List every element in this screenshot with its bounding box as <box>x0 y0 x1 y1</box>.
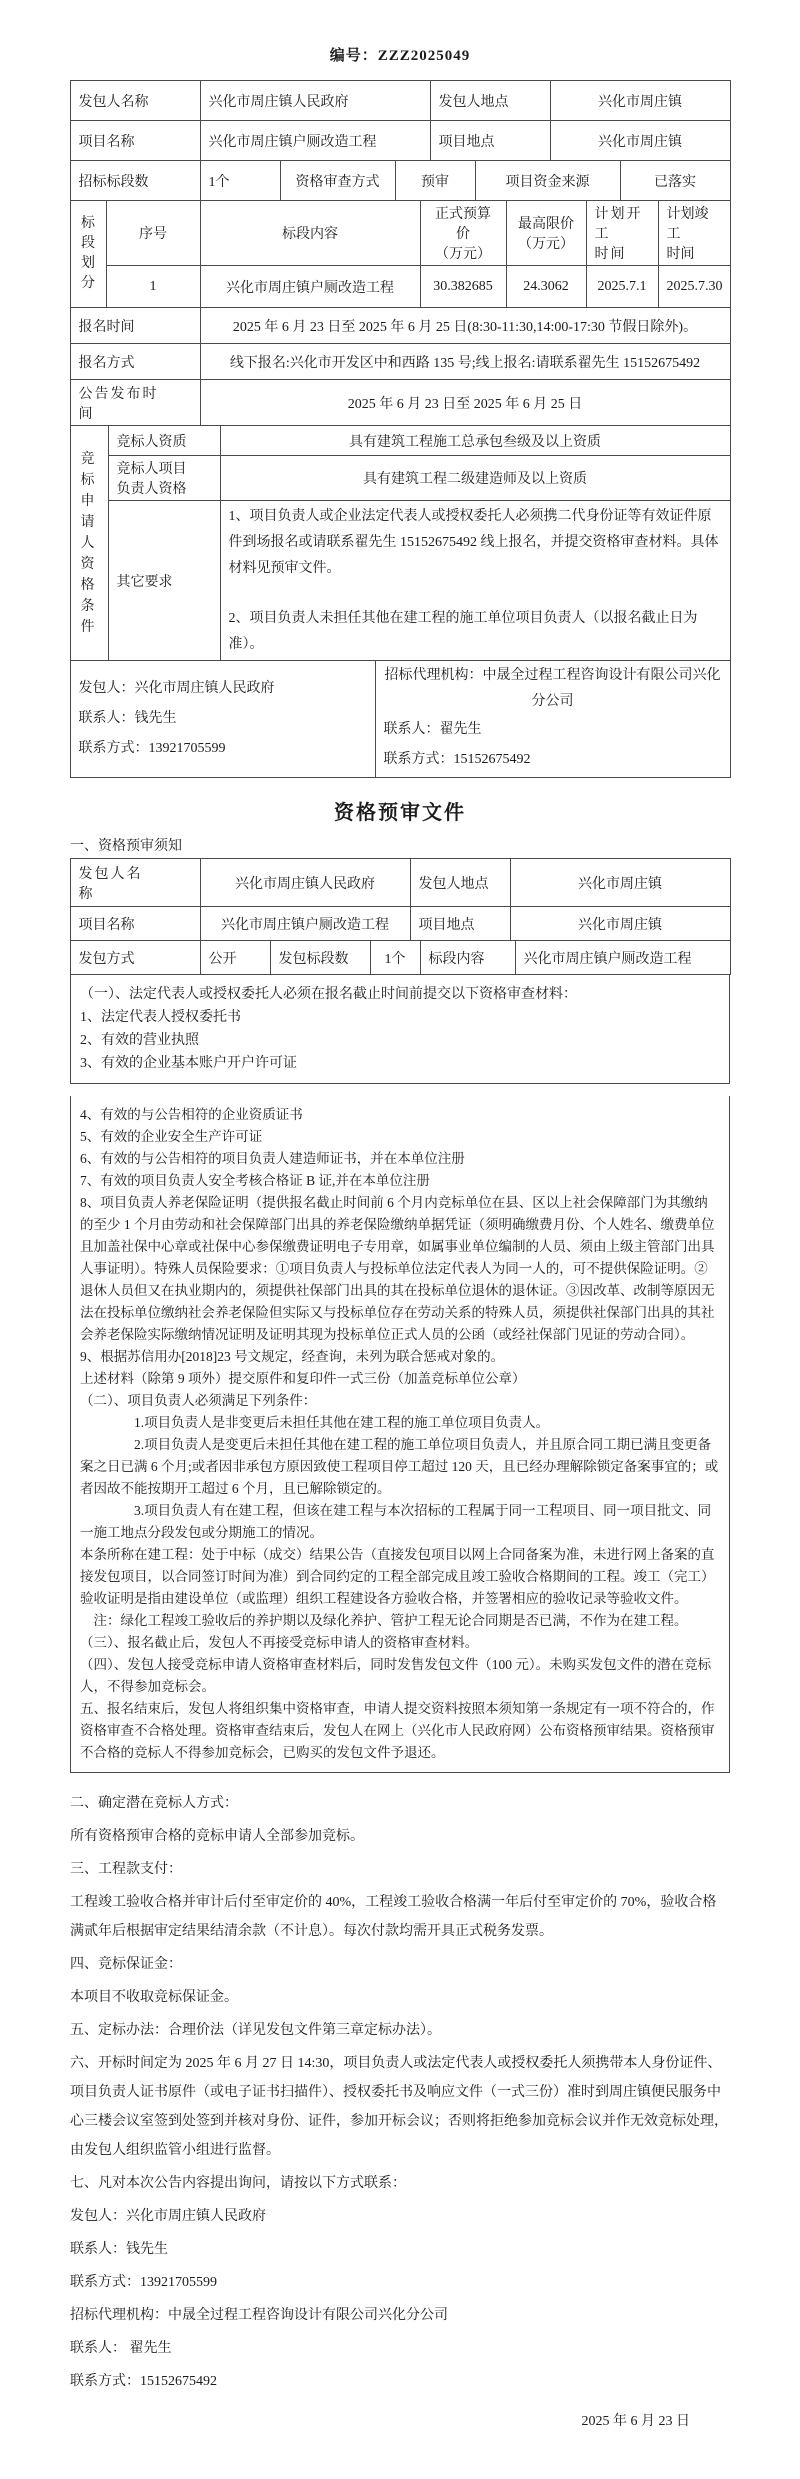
notice-line: 9、根据苏信用办[2018]23 号文规定，经查询，未列为联合惩戒对象的。 <box>80 1346 720 1368</box>
fund-source-value: 已落实 <box>620 161 730 201</box>
notice-line: 五、报名结束后，发包人将组织集中资格审查，申请人提交资料按照本须知第一条规定有一… <box>80 1698 720 1764</box>
sections-count-label: 招标标段数 <box>70 161 200 201</box>
notice-paragraph: 招标代理机构：中晟全过程工程咨询设计有限公司兴化分公司 <box>70 2301 730 2330</box>
price-cap-header: 最高限价 （万元） <box>506 201 586 266</box>
notice-paragraph: 四、竞标保证金： <box>70 1950 730 1979</box>
notice-line: 1.项目负责人是非变更后未担任其他在建工程的施工单位项目负责人。 <box>80 1412 720 1434</box>
project-name-value: 兴化市周庄镇户厕改造工程 <box>200 907 410 941</box>
notice-line: 上述材料（除第 9 项外）提交原件和复印件一式三份（加盖竞标单位公章） <box>80 1368 720 1390</box>
section-budget: 30.382685 <box>420 266 506 308</box>
project-name-value: 兴化市周庄镇户厕改造工程 <box>200 121 430 161</box>
announce-time-label: 公告发布时 间 <box>70 380 200 426</box>
table-row: 竞标人项目 负责人资格 具有建筑工程二级建造师及以上资质 <box>70 456 730 501</box>
qualification-notice-box: 4、有效的与公告相符的企业资质证书5、有效的企业安全生产许可证6、有效的与公告相… <box>70 1096 730 1773</box>
section-content-header: 标段内容 <box>200 201 420 266</box>
notice-line: 注：绿化工程竣工验收后的养护期以及绿化养护、管护工程无论合同期是否已满，不作为在… <box>80 1610 720 1632</box>
table-row: 其它要求 1、项目负责人或企业法定代表人或授权委托人必须携二代身份证等有效证件原… <box>70 501 730 661</box>
table-row: 竞标 申请 人资 格条 件 竞标人资质 具有建筑工程施工总承包叁级及以上资质 <box>70 426 730 456</box>
section-finish-date: 2025.7.30 <box>658 266 730 308</box>
contact-line: 联系方式：15152675492 <box>384 745 722 775</box>
employer-location-value: 兴化市周庄镇 <box>550 81 730 121</box>
contact-line: 发包人：兴化市周庄镇人民政府 <box>79 674 367 704</box>
announcement-table-meta: 招标标段数 1个 资格审查方式 预审 项目资金来源 已落实 <box>70 160 731 201</box>
section-seq: 1 <box>106 266 200 308</box>
bidder-qualification-label: 竞标人资质 <box>108 426 220 456</box>
notice-line: （一）、法定代表人或授权委托人必须在报名截止时间前提交以下资格审查材料： <box>80 983 720 1006</box>
requirement-item: 1、项目负责人或企业法定代表人或授权委托人必须携二代身份证等有效证件原件到场报名… <box>229 504 722 582</box>
sections-count-value: 1个 <box>200 161 280 201</box>
announcement-table-sections: 标 段 划 分 序号 标段内容 正式预算价 （万元） 最高限价 （万元） 计划开… <box>70 200 731 308</box>
notice-line: 1、法定代表人授权委托书 <box>80 1006 720 1029</box>
project-location-value: 兴化市周庄镇 <box>550 121 730 161</box>
requirement-item: 2、项目负责人未担任其他在建工程的施工单位项目负责人（以报名截止日为准）。 <box>229 606 722 658</box>
signup-way-value: 线下报名:兴化市开发区中和西路 135 号;线上报名:请联系翟先生 151526… <box>200 344 730 380</box>
notice-paragraph: 二、确定潜在竞标人方式： <box>70 1789 730 1818</box>
section1-heading: 一、资格预审须知 <box>70 835 730 855</box>
notice-line: （四）、发包人接受竞标申请人资格审查材料后，同时发售发包文件（100 元）。未购… <box>80 1654 720 1698</box>
table-row: 标 段 划 分 序号 标段内容 正式预算价 （万元） 最高限价 （万元） 计划开… <box>70 201 730 266</box>
review-method-label: 资格审查方式 <box>280 161 395 201</box>
seq-header: 序号 <box>106 201 200 266</box>
signup-way-label: 报名方式 <box>70 344 200 380</box>
employer-location-label: 发包人地点 <box>430 81 550 121</box>
signup-time-value: 2025 年 6 月 23 日至 2025 年 6 月 25 日(8:30-11… <box>200 308 730 344</box>
notice-line: 3、有效的企业基本账户开户许可证 <box>80 1052 720 1075</box>
review-method-value: 预审 <box>395 161 475 201</box>
plan-finish-header: 计划竣工 时间 <box>658 201 730 266</box>
section-start-date: 2025.7.1 <box>586 266 658 308</box>
budget-header: 正式预算价 （万元） <box>420 201 506 266</box>
notice-paragraph: 七、凡对本次公告内容提出询问，请按以下方式联系： <box>70 2169 730 2198</box>
other-requirements-label: 其它要求 <box>108 501 220 661</box>
table-row: 发包人名 称 兴化市周庄镇人民政府 发包人地点 兴化市周庄镇 <box>70 859 730 907</box>
table-row: 发包人名称 兴化市周庄镇人民政府 发包人地点 兴化市周庄镇 <box>70 81 730 121</box>
notice-paragraph: 工程竣工验收合格并审计后付至审定价的 40%，工程竣工验收合格满一年后付至审定价… <box>70 1888 730 1946</box>
contract-way-label: 发包方式 <box>70 941 200 975</box>
notice-line: 4、有效的与公告相符的企业资质证书 <box>80 1104 720 1126</box>
section-content: 兴化市周庄镇户厕改造工程 <box>200 266 420 308</box>
employer-location-label: 发包人地点 <box>410 859 510 907</box>
project-location-label: 项目地点 <box>430 121 550 161</box>
notice-line: 8、项目负责人养老保险证明（提供报名截止时间前 6 个月内竞标单位在县、区以上社… <box>80 1192 720 1346</box>
notice-paragraph: 联系方式：15152675492 <box>70 2367 730 2396</box>
other-requirements-list: 1、项目负责人或企业法定代表人或授权委托人必须携二代身份证等有效证件原件到场报名… <box>220 501 730 661</box>
prequalification-info-table-row3: 发包方式 公开 发包标段数 1个 标段内容 兴化市周庄镇户厕改造工程 <box>70 940 731 975</box>
notice-line: 2、有效的营业执照 <box>80 1029 720 1052</box>
notice-line: 3.项目负责人有在建工程，但该在建工程与本次招标的工程属于同一工程项目、同一项目… <box>80 1500 720 1544</box>
notice-paragraph: 本项目不收取竞标保证金。 <box>70 1983 730 2012</box>
table-row: 1 兴化市周庄镇户厕改造工程 30.382685 24.3062 2025.7.… <box>70 266 730 308</box>
employer-location-value: 兴化市周庄镇 <box>510 859 730 907</box>
agency-contact-lines: 联系人：翟先生联系方式：15152675492 <box>384 715 722 775</box>
contact-line: 联系人：钱先生 <box>79 704 367 734</box>
package-count-value: 1个 <box>370 941 420 975</box>
table-row: 项目名称 兴化市周庄镇户厕改造工程 项目地点 兴化市周庄镇 <box>70 907 730 941</box>
project-location-value: 兴化市周庄镇 <box>510 907 730 941</box>
project-name-label: 项目名称 <box>70 907 200 941</box>
employer-name-value: 兴化市周庄镇人民政府 <box>200 859 410 907</box>
package-content-label: 标段内容 <box>420 941 515 975</box>
fund-source-label: 项目资金来源 <box>475 161 620 201</box>
notice-paragraph: 三、工程款支付： <box>70 1855 730 1884</box>
prequalification-info-table: 发包人名 称 兴化市周庄镇人民政府 发包人地点 兴化市周庄镇 项目名称 兴化市周… <box>70 858 731 941</box>
signup-time-label: 报名时间 <box>70 308 200 344</box>
notice-paragraph: 所有资格预审合格的竞标申请人全部参加竞标。 <box>70 1822 730 1851</box>
plan-start-header: 计划开工 时间 <box>586 201 658 266</box>
announcement-table-contacts: 发包人：兴化市周庄镇人民政府联系人：钱先生联系方式：13921705599 招标… <box>70 660 731 778</box>
contact-line: 联系方式：13921705599 <box>79 734 367 764</box>
table-row: 发包方式 公开 发包标段数 1个 标段内容 兴化市周庄镇户厕改造工程 <box>70 941 730 975</box>
project-location-label: 项目地点 <box>410 907 510 941</box>
section-price-cap: 24.3062 <box>506 266 586 308</box>
contract-way-value: 公开 <box>200 941 270 975</box>
footer-date: 2025 年 6 月 23 日 <box>70 2410 730 2430</box>
notice-line: 6、有效的与公告相符的项目负责人建造师证书，并在本单位注册 <box>80 1148 720 1170</box>
notice-paragraph: 五、定标办法：合理价法（详见发包文件第三章定标办法）。 <box>70 2016 730 2045</box>
notice-paragraph: 发包人：兴化市周庄镇人民政府 <box>70 2202 730 2231</box>
project-name-label: 项目名称 <box>70 121 200 161</box>
agency-name-line: 招标代理机构：中晟全过程工程咨询设计有限公司兴化分公司 <box>384 663 722 715</box>
table-row: 公告发布时 间 2025 年 6 月 23 日至 2025 年 6 月 25 日 <box>70 380 730 426</box>
table-row: 报名方式 线下报名:兴化市开发区中和西路 135 号;线上报名:请联系翟先生 1… <box>70 344 730 380</box>
pm-qualification-label: 竞标人项目 负责人资格 <box>108 456 220 501</box>
table-row: 项目名称 兴化市周庄镇户厕改造工程 项目地点 兴化市周庄镇 <box>70 121 730 161</box>
notice-paragraph: 联系人： 翟先生 <box>70 2334 730 2363</box>
package-content-value: 兴化市周庄镇户厕改造工程 <box>515 941 730 975</box>
notice-paragraph: 联系方式：13921705599 <box>70 2268 730 2297</box>
notice-tail-section: 二、确定潜在竞标人方式：所有资格预审合格的竞标申请人全部参加竞标。三、工程款支付… <box>70 1789 730 2396</box>
bid-applicant-conditions-label: 竞标 申请 人资 格条 件 <box>70 426 108 661</box>
document-page: 编号：ZZZ2025049 发包人名称 兴化市周庄镇人民政府 发包人地点 兴化市… <box>0 0 800 2470</box>
employer-contact-block: 发包人：兴化市周庄镇人民政府联系人：钱先生联系方式：13921705599 <box>70 661 375 778</box>
prequalification-title: 资格预审文件 <box>0 796 800 825</box>
notice-line: （三）、报名截止后，发包人不再接受竞标申请人的资格审查材料。 <box>80 1632 720 1654</box>
qualification-materials-box: （一）、法定代表人或授权委托人必须在报名截止时间前提交以下资格审查材料：1、法定… <box>70 974 730 1084</box>
notice-line: 5、有效的企业安全生产许可证 <box>80 1126 720 1148</box>
notice-line: 2.项目负责人是变更后未担任其他在建工程的施工单位项目负责人，并且原合同工期已满… <box>80 1434 720 1500</box>
employer-name-label: 发包人名 称 <box>70 859 200 907</box>
package-count-label: 发包标段数 <box>270 941 370 975</box>
announcement-table-signup: 报名时间 2025 年 6 月 23 日至 2025 年 6 月 25 日(8:… <box>70 307 731 426</box>
table-row: 报名时间 2025 年 6 月 23 日至 2025 年 6 月 25 日(8:… <box>70 308 730 344</box>
table-row: 发包人：兴化市周庄镇人民政府联系人：钱先生联系方式：13921705599 招标… <box>70 661 730 778</box>
employer-name-label: 发包人名称 <box>70 81 200 121</box>
announcement-table-basic: 发包人名称 兴化市周庄镇人民政府 发包人地点 兴化市周庄镇 项目名称 兴化市周庄… <box>70 80 731 161</box>
notice-line: 本条所称在建工程：处于中标（成交）结果公告（直接发包项目以网上合同备案为准，未进… <box>80 1544 720 1610</box>
notice-line: （二）、项目负责人必须满足下列条件： <box>80 1390 720 1412</box>
notice-paragraph: 六、开标时间定为 2025 年 6 月 27 日 14:30，项目负责人或法定代… <box>70 2049 730 2165</box>
announce-time-value: 2025 年 6 月 23 日至 2025 年 6 月 25 日 <box>200 380 730 426</box>
doc-number: 编号：ZZZ2025049 <box>0 44 800 65</box>
notice-paragraph: 联系人：钱先生 <box>70 2235 730 2264</box>
bidder-qualification-value: 具有建筑工程施工总承包叁级及以上资质 <box>220 426 730 456</box>
section-division-label: 标 段 划 分 <box>70 201 106 308</box>
table-row: 招标标段数 1个 资格审查方式 预审 项目资金来源 已落实 <box>70 161 730 201</box>
announcement-table-qualification: 竞标 申请 人资 格条 件 竞标人资质 具有建筑工程施工总承包叁级及以上资质 竞… <box>70 425 731 661</box>
agency-contact-block: 招标代理机构：中晟全过程工程咨询设计有限公司兴化分公司 联系人：翟先生联系方式：… <box>375 661 730 778</box>
contact-line: 联系人：翟先生 <box>384 715 722 745</box>
notice-line: 7、有效的项目负责人安全考核合格证 B 证,并在本单位注册 <box>80 1170 720 1192</box>
employer-name-value: 兴化市周庄镇人民政府 <box>200 81 430 121</box>
pm-qualification-value: 具有建筑工程二级建造师及以上资质 <box>220 456 730 501</box>
